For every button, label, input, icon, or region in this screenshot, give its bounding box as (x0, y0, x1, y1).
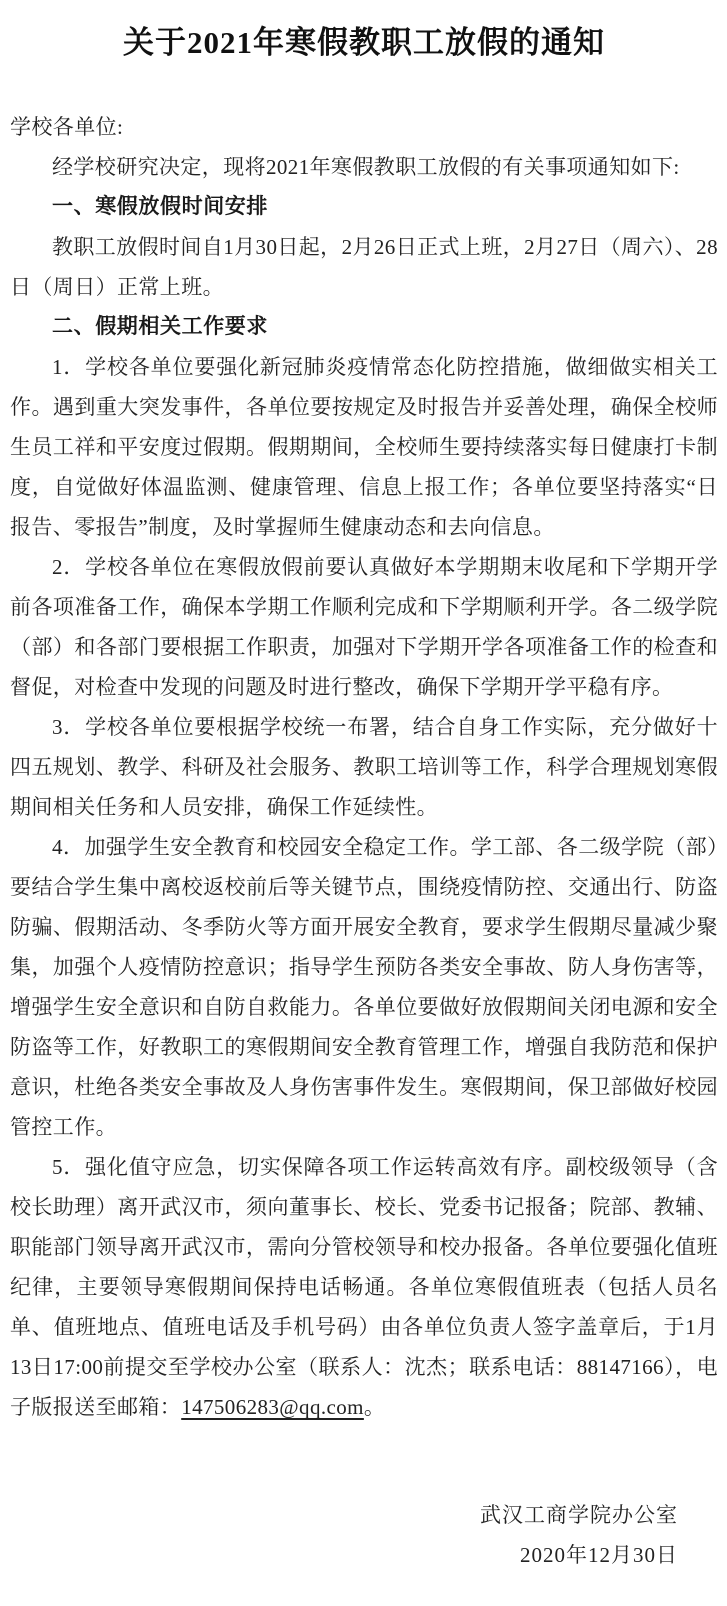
notice-item-2: 2．学校各单位在寒假放假前要认真做好本学期期末收尾和下学期开学前各项准备工作，确… (10, 547, 718, 707)
signature-block: 武汉工商学院办公室 2020年12月30日 (10, 1495, 718, 1575)
notice-item-5-text: 5．强化值守应急，切实保障各项工作运转高效有序。副校级领导（含校长助理）离开武汉… (10, 1155, 718, 1419)
notice-document: 关于2021年寒假教职工放假的通知 学校各单位: 经学校研究决定，现将2021年… (0, 0, 727, 1606)
email-link[interactable]: 147506283@qq.com (181, 1395, 364, 1419)
section-1-heading: 一、寒假放假时间安排 (10, 187, 718, 227)
notice-item-1: 1．学校各单位要强化新冠肺炎疫情常态化防控措施，做细做实相关工作。遇到重大突发事… (10, 347, 718, 547)
notice-item-5-period: 。 (364, 1395, 385, 1419)
notice-title: 关于2021年寒假教职工放假的通知 (10, 24, 718, 62)
notice-item-5: 5．强化值守应急，切实保障各项工作运转高效有序。副校级领导（含校长助理）离开武汉… (10, 1147, 718, 1427)
notice-item-3: 3．学校各单位要根据学校统一布署，结合自身工作实际，充分做好十四五规划、教学、科… (10, 707, 718, 827)
salutation: 学校各单位: (10, 107, 718, 147)
section-1-paragraph: 教职工放假时间自1月30日起，2月26日正式上班，2月27日（周六）、28日（周… (10, 227, 718, 307)
section-2-heading: 二、假期相关工作要求 (10, 307, 718, 347)
signature-org: 武汉工商学院办公室 (10, 1495, 678, 1535)
signature-date: 2020年12月30日 (10, 1535, 678, 1575)
notice-body: 学校各单位: 经学校研究决定，现将2021年寒假教职工放假的有关事项通知如下: … (10, 107, 718, 1427)
notice-item-4: 4．加强学生安全教育和校园安全稳定工作。学工部、各二级学院（部）要结合学生集中离… (10, 827, 718, 1147)
intro-paragraph: 经学校研究决定，现将2021年寒假教职工放假的有关事项通知如下: (10, 147, 718, 187)
